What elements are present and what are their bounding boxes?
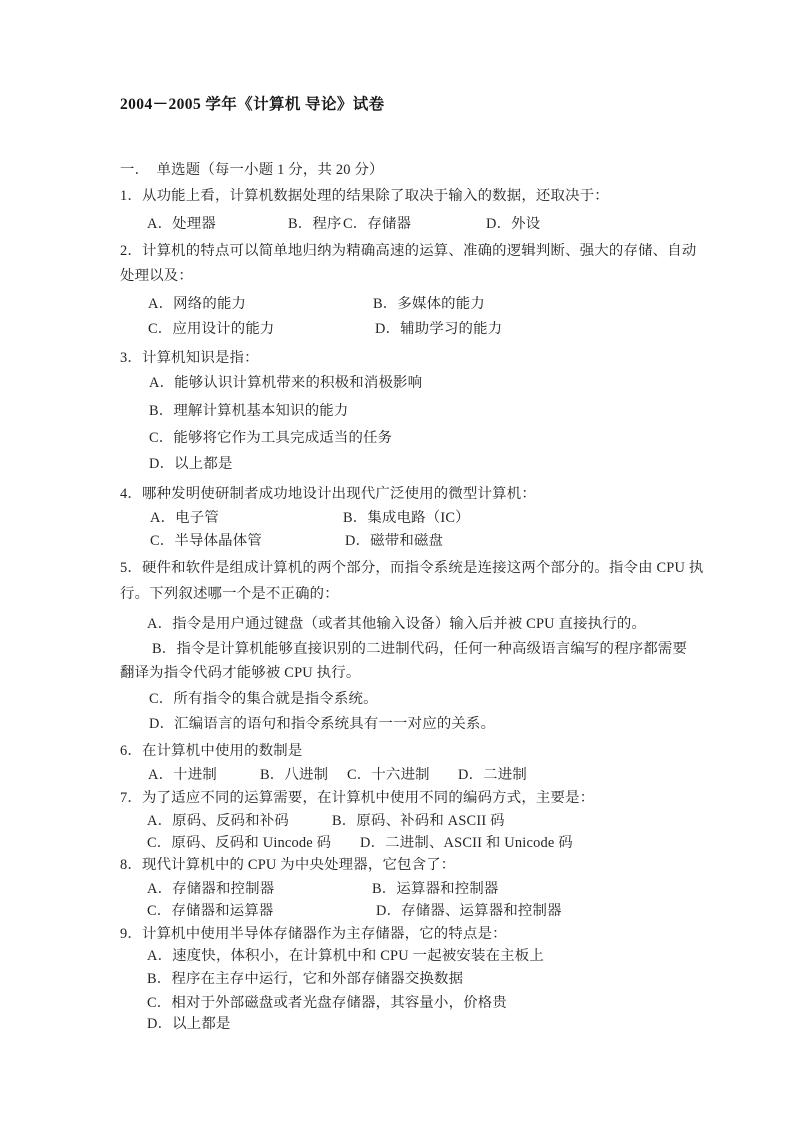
question-3-option-b-option-b: B．理解计算机基本知识的能力 bbox=[149, 403, 348, 420]
question-5-option-c-option-c: C．所有指令的集合就是指令系统。 bbox=[149, 691, 378, 708]
question-3-option-c-option-c: C．能够将它作为工具完成适当的任务 bbox=[149, 430, 392, 447]
question-8-options-row-2-option-d: D．存储器、运算器和控制器 bbox=[376, 903, 562, 920]
question-5-stem-line-2: 行。下列叙述哪一个是不正确的： bbox=[120, 586, 339, 603]
question-8-stem: 8．现代计算机中的 CPU 为中央处理器，它包含了： bbox=[120, 857, 455, 874]
question-4-stem: 4．哪种发明使研制者成功地设计出现代广泛使用的微型计算机： bbox=[120, 486, 536, 503]
question-9-option-b-option-b: B．程序在主存中运行，它和外部存储器交换数据 bbox=[147, 971, 463, 988]
question-9-option-a-option-a: A．速度快，体积小，在计算机中和 CPU 一起被安装在主板上 bbox=[147, 948, 544, 965]
question-6-options-option-b: B．八进制 bbox=[260, 767, 328, 784]
question-1-stem: 1．从功能上看，计算机数据处理的结果除了取决于输入的数据，还取决于： bbox=[120, 188, 609, 205]
question-5-option-b-line-1-option-b: B．指令是计算机能够直接识别的二进制代码，任何一种高级语言编写的程序都需要 bbox=[152, 641, 687, 658]
question-2-options-row-1-option-a: A．网络的能力 bbox=[148, 296, 246, 313]
question-7-options-row-2-option-d: D．二进制、ASCII 和 Unicode 码 bbox=[360, 835, 573, 852]
question-2-options-row-2-option-c: C．应用设计的能力 bbox=[148, 321, 275, 338]
question-5-option-a-option-a: A．指令是用户通过键盘（或者其他输入设备）输入后并被 CPU 直接执行的。 bbox=[147, 616, 646, 633]
question-9-option-c-option-c: C．相对于外部磁盘或者光盘存储器，其容量小，价格贵 bbox=[147, 995, 507, 1012]
question-4-options-row-2-option-d: D．磁带和磁盘 bbox=[345, 533, 443, 550]
question-5-option-d-option-d: D．汇编语言的语句和指令系统具有一一对应的关系。 bbox=[149, 716, 495, 733]
question-2-options-row-2-option-d: D．辅助学习的能力 bbox=[375, 321, 502, 338]
question-3-option-d-option-d: D．以上都是 bbox=[149, 456, 233, 473]
question-5-stem-line-1: 5．硬件和软件是组成计算机的两个部分，而指令系统是连接这两个部分的。指令由 CP… bbox=[120, 560, 703, 577]
question-3-stem: 3．计算机知识是指： bbox=[120, 350, 259, 367]
question-6-options-option-d: D．二进制 bbox=[458, 767, 527, 784]
question-2-stem-line-1: 2．计算机的特点可以简单地归纳为精确高速的运算、准确的逻辑判断、强大的存储、自动 bbox=[120, 243, 696, 260]
section-1-heading: 一． 单选题（每一小题 1 分，共 20 分） bbox=[120, 162, 384, 179]
question-5-option-b-line-2-option-b-continued: 翻译为指令代码才能够被 CPU 执行。 bbox=[120, 665, 360, 682]
question-3-option-a-option-a: A．能够认识计算机带来的积极和消极影响 bbox=[149, 375, 422, 392]
question-4-options-row-2-option-c: C．半导体晶体管 bbox=[150, 533, 262, 550]
question-6-stem: 6．在计算机中使用的数制是 bbox=[120, 743, 302, 760]
question-8-options-row-1-option-b: B．运算器和控制器 bbox=[372, 881, 499, 898]
question-6-options-option-a: A．十进制 bbox=[148, 767, 217, 784]
question-2-options-row-1-option-b: B．多媒体的能力 bbox=[373, 296, 485, 313]
question-1-options-option-a: A．处理器 bbox=[147, 216, 216, 233]
exam-paper-page: 2004－2005 学年《计算机 导论》试卷 一． 单选题（每一小题 1 分，共… bbox=[0, 0, 800, 1132]
question-7-options-row-1-option-a: A．原码、反码和补码 bbox=[147, 813, 289, 830]
question-4-options-row-1-option-a: A．电子管 bbox=[150, 510, 219, 527]
question-9-stem: 9．计算机中使用半导体存储器作为主存储器，它的特点是： bbox=[120, 926, 507, 943]
question-9-option-d-option-d: D．以上都是 bbox=[147, 1016, 231, 1033]
question-7-stem: 7．为了适应不同的运算需要，在计算机中使用不同的编码方式，主要是： bbox=[120, 790, 594, 807]
question-8-options-row-2-option-c: C．存储器和运算器 bbox=[147, 903, 274, 920]
question-1-options-option-c: C．存储器 bbox=[343, 216, 411, 233]
question-1-options-option-d: D．外设 bbox=[486, 216, 540, 233]
question-2-stem-line-2: 处理以及： bbox=[120, 268, 193, 285]
question-4-options-row-1-option-b: B．集成电路（IC） bbox=[343, 510, 470, 527]
question-1-options-option-b: B．程序 bbox=[288, 216, 342, 233]
document-title: 2004－2005 学年《计算机 导论》试卷 bbox=[120, 95, 385, 114]
question-7-options-row-1-option-b: B．原码、补码和 ASCII 码 bbox=[332, 813, 505, 830]
question-8-options-row-1-option-a: A．存储器和控制器 bbox=[147, 881, 274, 898]
question-7-options-row-2-option-c: C．原码、反码和 Uincode 码 bbox=[147, 835, 331, 852]
question-6-options-option-c: C．十六进制 bbox=[347, 767, 430, 784]
